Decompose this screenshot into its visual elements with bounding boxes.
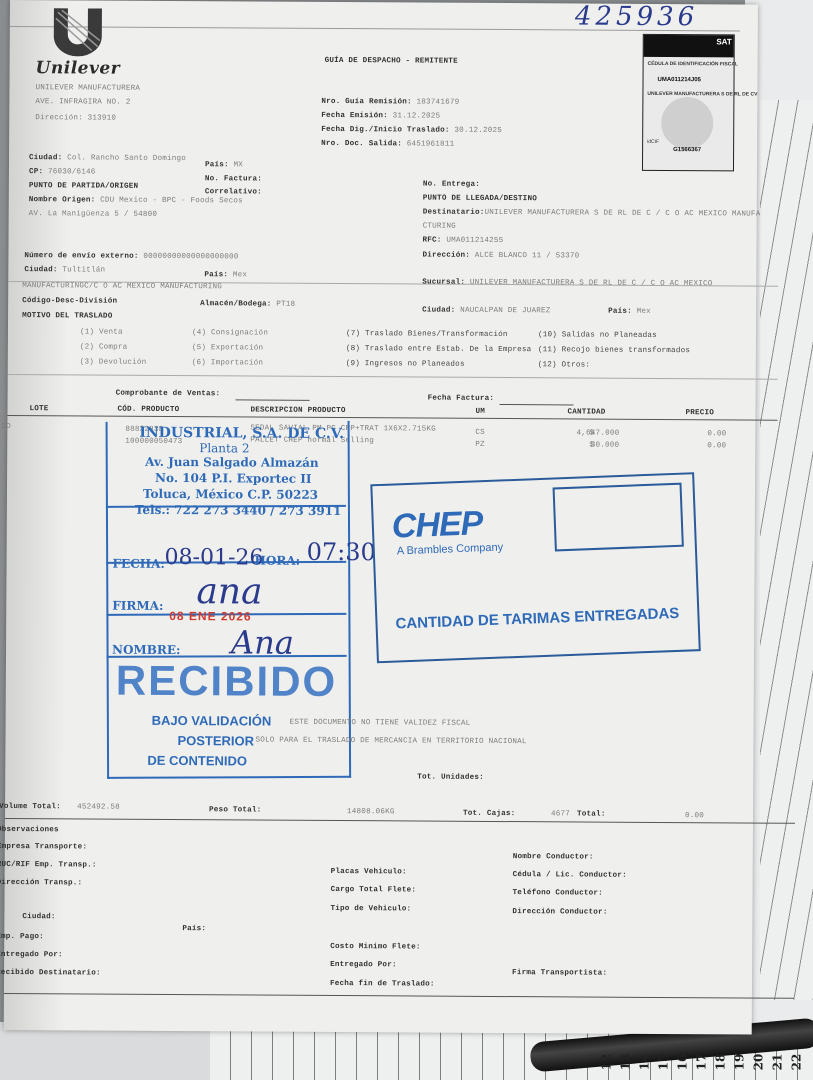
note-line: ESTE DOCUMENTO NO TIENE VALIDEZ FISCAL [290,719,471,728]
ruler-number: 21 [770,1054,784,1071]
motivo-option: (4) Consignación [192,329,268,337]
field-label: Ciudad: [422,307,455,315]
column-header: PRECIO [685,409,714,417]
transport-field-label: Emp. Pago: [0,933,44,941]
motivo-option: (7) Traslado Bienes/Transformación [346,330,508,339]
no-factura-label: No. Factura: [205,175,262,183]
origin-pais: MX [234,161,244,169]
transport-field-label: Fecha fin de Traslado: [330,980,435,989]
stamp-line: Planta 2 [199,441,249,455]
unilever-logo-icon [48,6,108,56]
origin-cp: 76030/6146 [48,168,96,176]
motivo-option: (5) Exportación [192,344,263,352]
motivo-option: (1) Venta [80,328,123,336]
cajas-label: Tot. Cajas: [463,810,515,818]
sat-cedula-card: SAT CÉDULA DE IDENTIFICACIÓN FISCAL UMA0… [642,34,735,172]
stamp-sub: DE CONTENIDO [147,753,247,769]
motivo-option: (10) Salidas no Planeadas [538,331,657,340]
company-line: Dirección: 313910 [35,114,116,122]
background-form [760,100,813,1000]
destino-ciudad: NAUCALPAN DE JUAREZ [460,307,550,316]
sat-folio-label: idCIF [647,139,659,145]
field-label: Nombre Origen: [29,196,96,204]
peso-value: 14808.06KG [347,808,395,816]
field-label: Ciudad: [24,266,57,274]
ruler-number: 13 [618,1054,632,1071]
transport-field-label: Observaciones [0,826,59,834]
envio-externo: 00000000000000000000 [143,253,238,262]
section-title-origen: PUNTO DE PARTIDA/ORIGEN [29,182,138,191]
conductor-field-label: Cédula / Lic. Conductor: [513,871,627,880]
volumen-value: 452492.58 [77,803,120,811]
fecha-emision: 31.12.2025 [393,112,441,120]
destinatario-cont: CTURING [423,223,456,231]
transport-field-label: Costo Minimo Flete: [330,943,420,952]
conductor-field-label: Dirección Conductor: [512,908,607,917]
firma-label: FIRMA: [112,599,163,613]
company-line: UNILEVER MANUFACTURERA [35,84,140,93]
origin-nombre: CDU Mexico - BPC - Foods Secos [100,197,243,206]
handwritten-folio: 425936 [575,1,698,32]
sat-logo: SAT [716,37,731,46]
lote-cell: DD [1,423,11,431]
ruler-number: 17 [694,1054,708,1071]
note-line: SOLO PARA EL TRASLADO DE MERCANCIA EN TE… [255,737,526,747]
firma-signature: ana [196,571,262,612]
precio-cell: 0.00 [707,442,726,450]
field-label: RFC: [423,237,442,245]
origin-direccion: AV. La Manigüenza 5 / 54800 [29,210,157,219]
destino-pais: Mex [637,308,651,316]
ruler-number: 14 [637,1054,651,1071]
um-cell: PZ [475,441,485,449]
field-label: Almacén/Bodega: [200,300,271,308]
stamp-company: INDUSTRIAL, S.A. DE C.V. [139,425,344,442]
destino-direccion: ALCE BLANCO 11 / 53370 [475,252,580,261]
guia-number: 183741679 [417,98,460,106]
precio-cell: 0.00 [707,430,726,438]
divider [5,818,795,824]
origin-manufacturing: MANUFACTURINGC/C O AC MEXICO MANUFACTURI… [22,282,222,291]
motivo-option: (9) Ingresos no Planeados [346,360,465,369]
field-label: País: [608,308,632,316]
fecha-factura-label: Fecha Factura: [428,395,495,403]
ruler-number: 22 [789,1054,803,1071]
transport-field-label: Cargo Total Flete: [331,886,417,895]
field-label: Nro. Doc. Salida: [321,140,402,148]
recibido-text: RECIBIDO [116,657,338,706]
stamp-line: No. 104 P.I. Exportec II [155,471,312,486]
divider [4,993,794,999]
fecha-traslado: 30.12.2025 [454,127,502,135]
motivo-option: (6) Importación [192,359,263,367]
motivo-option: (12) Otros: [538,361,590,369]
hora-handwritten: 07:30 [307,538,376,566]
underline [236,399,310,400]
sat-name: UNILEVER MANUFACTURERA S DE RL DE CV [647,91,757,98]
column-header: CÓD. PRODUCTO [117,406,179,414]
transport-field-label: Tipo de Vehiculo: [330,905,411,913]
column-header: UM [475,408,485,416]
column-header: LOTE [29,405,48,413]
document-title: GUÍA DE DESPACHO - REMITENTE [325,57,458,66]
stamp-sub: BAJO VALIDACIÓN [152,713,272,729]
firma-transportista-label: Firma Transportista: [512,969,607,978]
total-value: 0.00 [685,812,704,820]
ruler-number: 16 [675,1054,689,1071]
conductor-field-label: Nombre Conductor: [513,853,594,861]
fecha-label: FECHA: [113,557,165,571]
doc-salida: 6451961811 [407,140,455,148]
section-title-destino: PUNTO DE LLEGADA/DESTINO [423,195,537,204]
chep-quantity-box [553,483,684,552]
ruler-number: 20 [751,1054,765,1071]
motivo-option: (2) Compra [80,343,128,351]
field-label: Destinatario: [423,209,485,217]
chep-title: CANTIDAD DE TARIMAS ENTREGADAS [395,605,679,633]
comprobante-label: Comprobante de Ventas: [116,390,221,399]
fecha-handwritten: 08-01-26 [165,545,264,571]
divider [8,374,778,380]
column-header: DESCRIPCION PRODUCTO [250,406,345,415]
brand-wordmark: Unilever [36,58,121,79]
cajas-value: 4677 [551,810,570,818]
stamp-sub: POSTERIOR [177,733,254,748]
destino-rfc: UMA011214255 [446,237,503,245]
chep-subtitle: A Brambles Company [397,541,504,557]
ruler-number: 12 [599,1054,613,1071]
field-label: Nro. Guía Remisión: [321,98,411,107]
correlativo-label: Correlativo: [205,188,262,196]
transport-field-label: Recibido Destinatario: [0,969,101,978]
column-header: CANTIDAD [567,408,605,416]
stamp-line: Av. Juan Salgado Almazán [145,455,319,470]
origin-ciudad: Col. Rancho Santo Domingo [67,154,186,163]
total-label: Total: [577,810,606,818]
nombre-label: NOMBRE: [112,643,180,657]
destinatario: UNILEVER MANUFACTURERA S DE RL DE C / C … [485,209,761,219]
date-stamp: 08 ENE 2026 [169,609,251,624]
codigo-division-label: Código-Desc-División [22,297,117,306]
company-line: AVE. INFRAGIRA NO. 2 [35,98,130,107]
field-label: Dirección: [422,252,470,260]
transport-field-label: Ciudad: [22,913,55,921]
motivo-option: (8) Traslado entre Estab. De la Empresa [346,345,532,354]
um-cell: CS [475,429,485,437]
chep-logo: CHEP [391,504,483,546]
transport-field-label: Dirección Transp.: [0,879,82,888]
peso-label: Peso Total: [209,806,261,814]
tot-unidades-label: Tot. Unidades: [417,774,484,782]
motivo-label: MOTIVO DEL TRASLADO [22,312,112,321]
transport-field-label: Entregado Por: [0,951,63,959]
chep-stamp: CHEP A Brambles Company CANTIDAD DE TARI… [370,472,700,663]
field-label: País: [205,161,229,169]
transport-field-label: Empresa Transporte: [0,843,87,852]
motivo-option: (3) Devolución [80,358,147,366]
field-label: País: [204,271,228,279]
transport-field-label: RUC/RIF Emp. Transp.: [0,861,97,870]
moneda-cell: $ [589,442,594,450]
field-label: Número de envío externo: [24,252,138,261]
stamp-line: Tels.: 722 273 3440 / 273 3911 [135,503,342,518]
field-label: CP: [29,168,43,176]
field-label: Ciudad: [29,154,62,162]
origin-pais2: Mex [233,271,247,279]
pais-label: País: [182,925,206,933]
transport-field-label: Placas Vehiculo: [331,868,407,876]
volumen-label: Volume Total: [0,803,61,811]
sat-folio: G1566367 [673,147,701,153]
field-label: Fecha Emisión: [321,112,388,120]
conductor-field-label: Teléfono Conductor: [513,889,603,898]
sat-title: CÉDULA DE IDENTIFICACIÓN FISCAL [648,61,738,68]
motivo-option: (11) Recojo bienes transformados [538,346,690,355]
transport-field-label: Entregado Por: [330,961,397,969]
document-page: 425936 Unilever UNILEVER MANUFACTURERA A… [4,0,758,1035]
sat-seal [661,97,713,149]
ruler-number: 19 [732,1054,746,1071]
field-label: Fecha Dig./Inicio Traslado: [321,126,449,135]
sat-rfc: UMA011214J05 [658,77,701,83]
stamp-line: Toluca, México C.P. 50223 [143,487,318,502]
origin-ciudad2: Tultitlán [62,266,105,274]
nombre-handwritten: Ana [231,623,294,661]
no-entrega-label: No. Entrega: [423,181,480,189]
almacen-value: PT18 [276,301,295,309]
ruler-number: 15 [656,1054,670,1071]
underline [500,404,574,405]
moneda-cell: $ [589,430,594,438]
ruler-number: 18 [713,1054,727,1071]
table-divider [7,415,777,421]
hora-label: HORA: [255,554,301,568]
